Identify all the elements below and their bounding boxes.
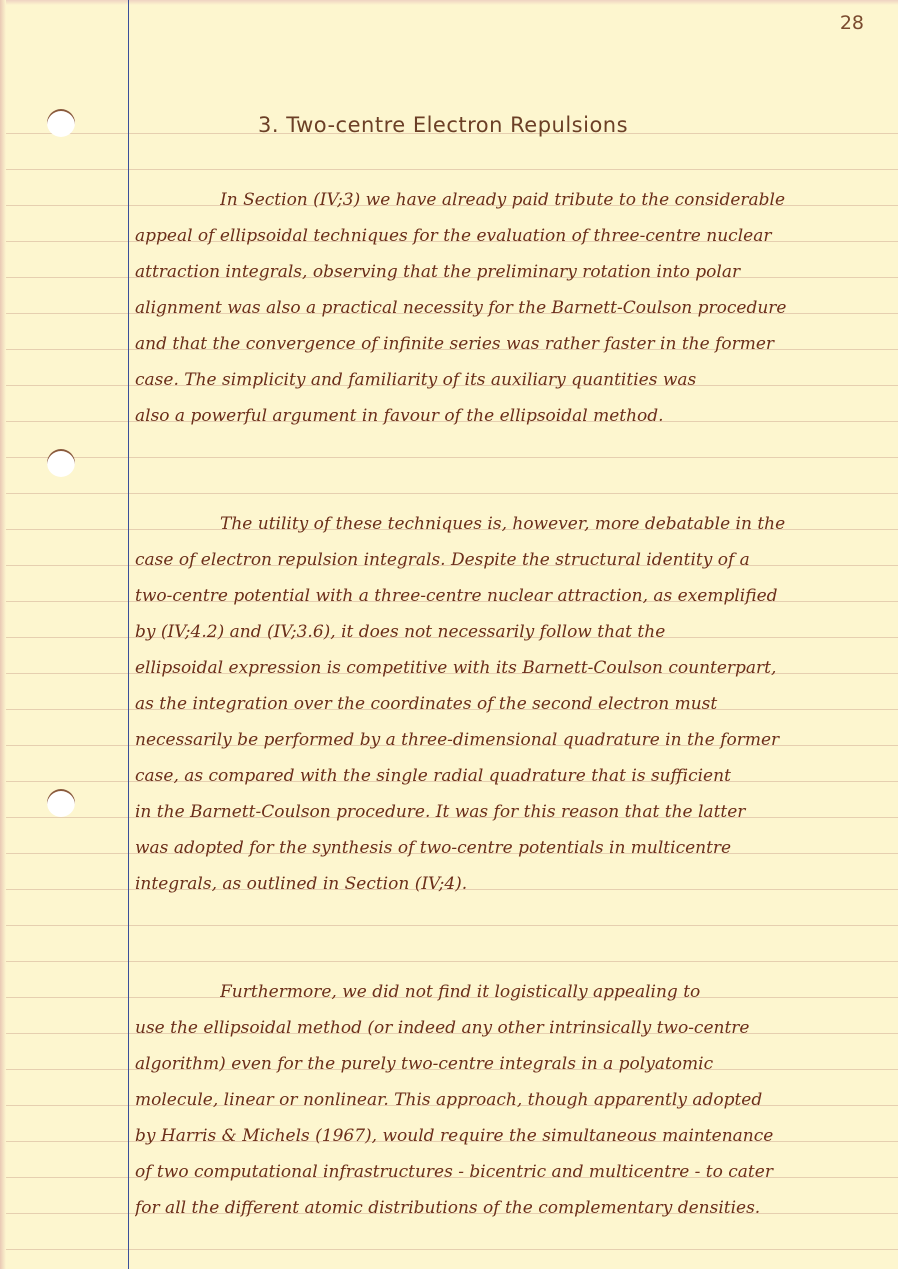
text-line: in the Barnett-Coulson procedure. It was…: [135, 802, 885, 822]
text-line: case. The simplicity and familiarity of …: [135, 370, 885, 390]
punch-hole: [47, 109, 75, 137]
punch-hole: [47, 449, 75, 477]
text-line: use the ellipsoidal method (or indeed an…: [135, 1018, 885, 1038]
text-line: necessarily be performed by a three-dime…: [135, 730, 885, 750]
text-line: for all the different atomic distributio…: [135, 1198, 885, 1218]
text-line: algorithm) even for the purely two-centr…: [135, 1054, 885, 1074]
text-line: of two computational infrastructures - b…: [135, 1162, 885, 1182]
page-left-edge: [0, 0, 6, 1269]
text-line: two-centre potential with a three-centre…: [135, 586, 885, 606]
text-line: Furthermore, we did not find it logistic…: [220, 982, 885, 1002]
text-line: case, as compared with the single radial…: [135, 766, 885, 786]
text-line: by (IV;4.2) and (IV;3.6), it does not ne…: [135, 622, 885, 642]
text-line: was adopted for the synthesis of two-cen…: [135, 838, 885, 858]
text-line: appeal of ellipsoidal techniques for the…: [135, 226, 885, 246]
margin-rule: [128, 0, 129, 1269]
top-margin: [0, 0, 898, 98]
text-line: integrals, as outlined in Section (IV;4)…: [135, 874, 885, 894]
section-heading: 3. Two-centre Electron Repulsions: [258, 113, 628, 137]
text-line: In Section (IV;3) we have already paid t…: [220, 190, 885, 210]
text-line: also a powerful argument in favour of th…: [135, 406, 885, 426]
text-line: as the integration over the coordinates …: [135, 694, 885, 714]
punch-hole: [47, 789, 75, 817]
notebook-page: 28 3. Two-centre Electron Repulsions In …: [0, 0, 898, 1269]
page-number: 28: [840, 12, 864, 34]
text-line: The utility of these techniques is, howe…: [220, 514, 885, 534]
text-line: by Harris & Michels (1967), would requir…: [135, 1126, 885, 1146]
text-line: alignment was also a practical necessity…: [135, 298, 885, 318]
text-line: molecule, linear or nonlinear. This appr…: [135, 1090, 885, 1110]
page-top-edge: [0, 0, 898, 5]
text-line: attraction integrals, observing that the…: [135, 262, 885, 282]
text-line: and that the convergence of infinite ser…: [135, 334, 885, 354]
text-line: ellipsoidal expression is competitive wi…: [135, 658, 885, 678]
text-line: case of electron repulsion integrals. De…: [135, 550, 885, 570]
